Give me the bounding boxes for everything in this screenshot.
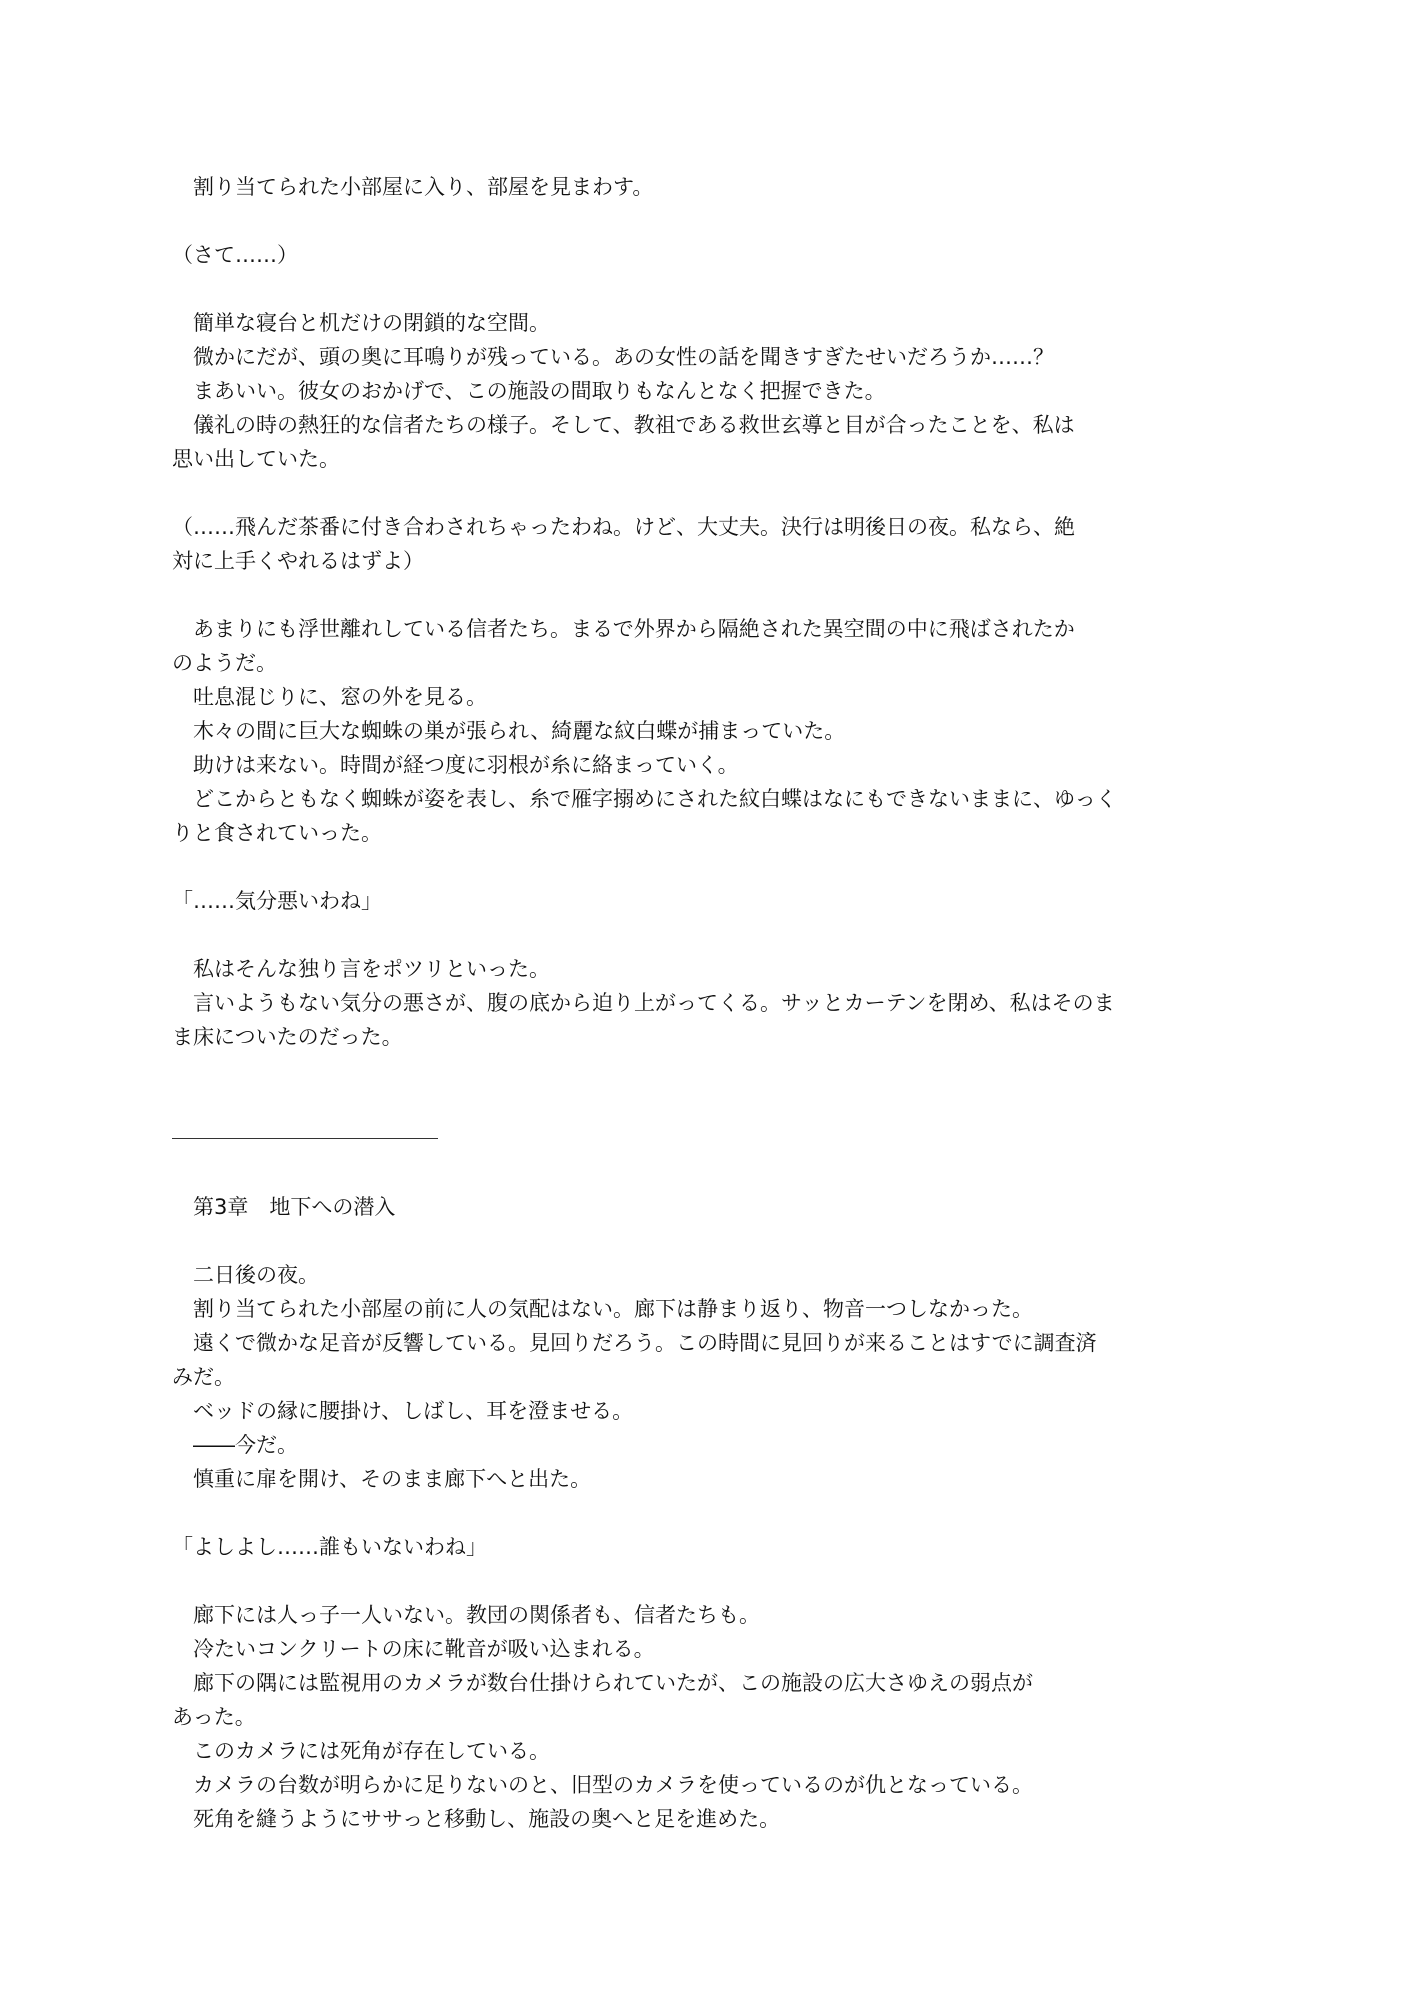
blank-line: [172, 1224, 1232, 1258]
section-separator: [172, 1122, 1232, 1156]
chapter-heading: 第3章 地下への潜入: [172, 1190, 1232, 1224]
paragraph-line: 微かにだが、頭の奥に耳鳴りが残っている。あの女性の話を聞きすぎたせいだろうか………: [172, 340, 1232, 374]
blank-line: [172, 1054, 1232, 1088]
paragraph-line: のようだ。: [172, 646, 1232, 680]
paragraph-line: 死角を縫うようにササっと移動し、施設の奥へと足を進めた。: [172, 1802, 1232, 1836]
paragraph-line: 二日後の夜。: [172, 1258, 1232, 1292]
blank-line: [172, 1496, 1232, 1530]
paragraph-line: 廊下の隅には監視用のカメラが数台仕掛けられていたが、この施設の広大さゆえの弱点が: [172, 1666, 1232, 1700]
paragraph-line: ベッドの縁に腰掛け、しばし、耳を澄ませる。: [172, 1394, 1232, 1428]
blank-line: [172, 850, 1232, 884]
paragraph-line: 吐息混じりに、窓の外を見る。: [172, 680, 1232, 714]
paragraph-line: りと食されていった。: [172, 816, 1232, 850]
paragraph-line: どこからともなく蜘蛛が姿を表し、糸で雁字搦めにされた紋白蝶はなにもできないままに…: [172, 782, 1232, 816]
blank-line: [172, 1088, 1232, 1122]
paragraph-line: 廊下には人っ子一人いない。教団の関係者も、信者たちも。: [172, 1598, 1232, 1632]
paragraph-line: まあいい。彼女のおかげで、この施設の間取りもなんとなく把握できた。: [172, 374, 1232, 408]
paragraph-line: カメラの台数が明らかに足りないのと、旧型のカメラを使っているのが仇となっている。: [172, 1768, 1232, 1802]
paragraph-line: 言いようもない気分の悪さが、腹の底から迫り上がってくる。サッとカーテンを閉め、私…: [172, 986, 1232, 1020]
thought-line: （さて……）: [172, 238, 1232, 272]
paragraph-line: あった。: [172, 1700, 1232, 1734]
paragraph-line: ま床についたのだった。: [172, 1020, 1232, 1054]
dialogue-line: 「よしよし……誰もいないわね」: [172, 1530, 1232, 1564]
paragraph-line: ――今だ。: [172, 1428, 1232, 1462]
blank-line: [172, 1156, 1232, 1190]
blank-line: [172, 1564, 1232, 1598]
paragraph-line: 助けは来ない。時間が経つ度に羽根が糸に絡まっていく。: [172, 748, 1232, 782]
dialogue-line: 「……気分悪いわね」: [172, 884, 1232, 918]
paragraph-line: あまりにも浮世離れしている信者たち。まるで外界から隔絶された異空間の中に飛ばされ…: [172, 612, 1232, 646]
paragraph-line: 遠くで微かな足音が反響している。見回りだろう。この時間に見回りが来ることはすでに…: [172, 1326, 1232, 1360]
paragraph-line: 木々の間に巨大な蜘蛛の巣が張られ、綺麗な紋白蝶が捕まっていた。: [172, 714, 1232, 748]
blank-line: [172, 476, 1232, 510]
section-2: 二日後の夜。 割り当てられた小部屋の前に人の気配はない。廊下は静まり返り、物音一…: [172, 1224, 1232, 1836]
section-1: 割り当てられた小部屋に入り、部屋を見まわす。 （さて……） 簡単な寝台と机だけの…: [172, 170, 1232, 1122]
paragraph-line: みだ。: [172, 1360, 1232, 1394]
paragraph-line: 簡単な寝台と机だけの閉鎖的な空間。: [172, 306, 1232, 340]
blank-line: [172, 272, 1232, 306]
paragraph-line: 割り当てられた小部屋の前に人の気配はない。廊下は静まり返り、物音一つしなかった。: [172, 1292, 1232, 1326]
blank-line: [172, 918, 1232, 952]
paragraph-line: 冷たいコンクリートの床に靴音が吸い込まれる。: [172, 1632, 1232, 1666]
blank-line: [172, 578, 1232, 612]
thought-line: 対に上手くやれるはずよ）: [172, 544, 1232, 578]
paragraph-line: 儀礼の時の熱狂的な信者たちの様子。そして、教祖である救世玄導と目が合ったことを、…: [172, 408, 1232, 442]
paragraph-line: このカメラには死角が存在している。: [172, 1734, 1232, 1768]
thought-line: （……飛んだ茶番に付き合わされちゃったわね。けど、大丈夫。決行は明後日の夜。私な…: [172, 510, 1232, 544]
paragraph-line: 慎重に扉を開け、そのまま廊下へと出た。: [172, 1462, 1232, 1496]
separator-rule: [172, 1138, 438, 1139]
blank-line: [172, 204, 1232, 238]
paragraph-line: 思い出していた。: [172, 442, 1232, 476]
paragraph-line: 私はそんな独り言をポツリといった。: [172, 952, 1232, 986]
document-page: 割り当てられた小部屋に入り、部屋を見まわす。 （さて……） 簡単な寝台と机だけの…: [172, 170, 1232, 1836]
paragraph-line: 割り当てられた小部屋に入り、部屋を見まわす。: [172, 170, 1232, 204]
